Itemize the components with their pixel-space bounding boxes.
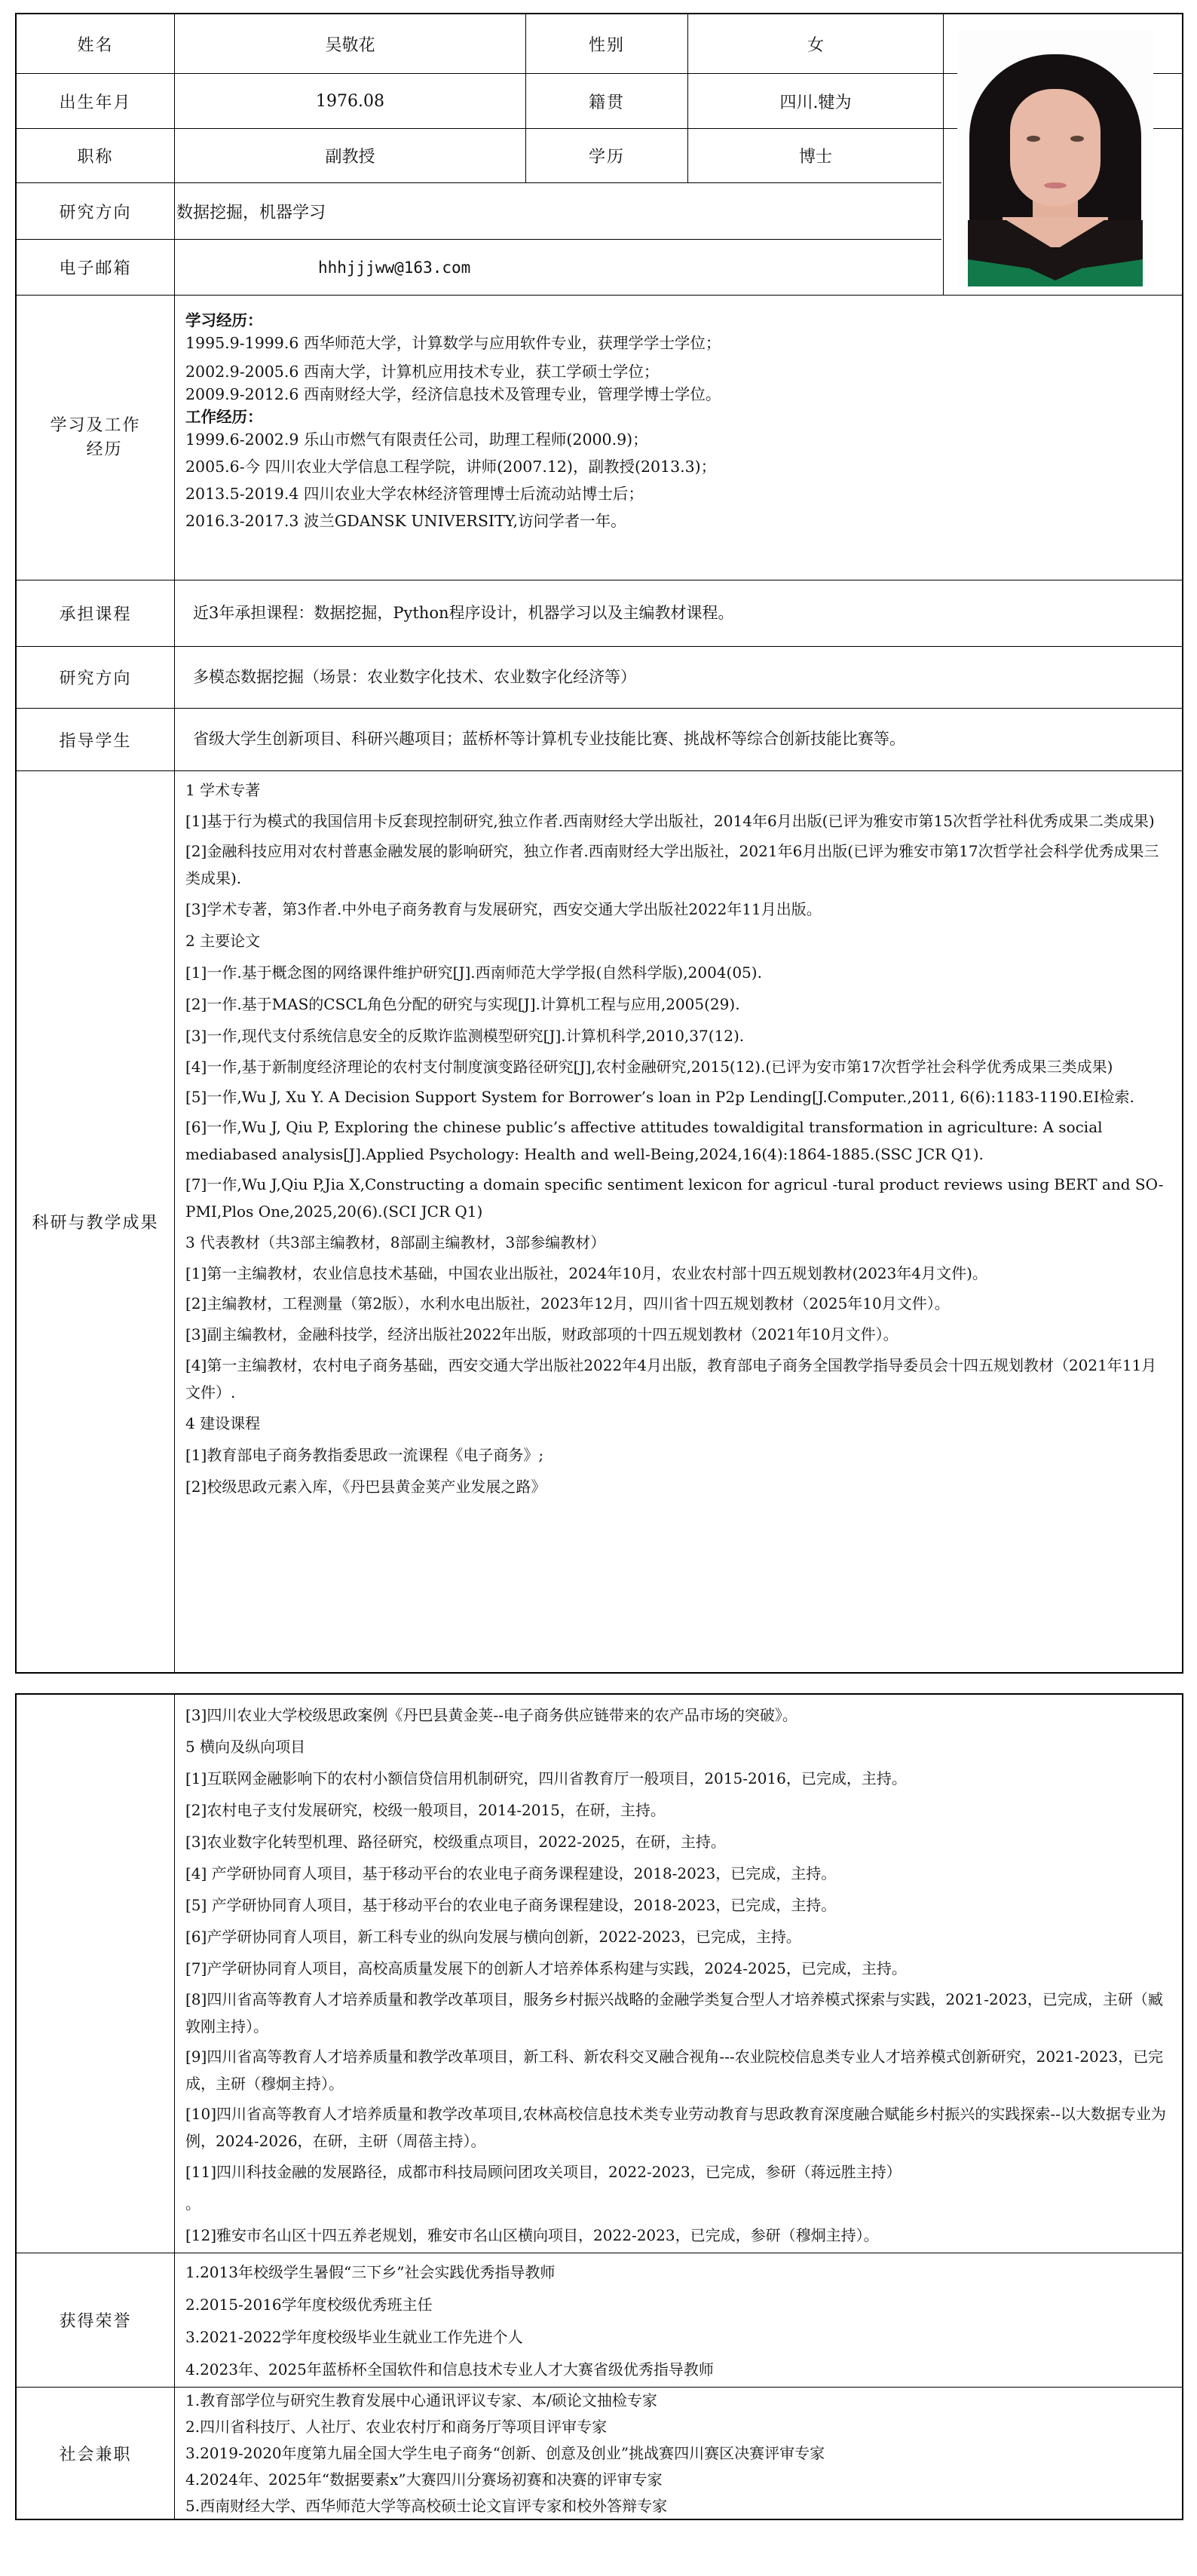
name-value: 吴敬花 (174, 14, 525, 73)
project-item: [8]四川省高等教育人才培养质量和教学改革项目，服务乡村振兴战略的金融学类复合型… (185, 1984, 1171, 2042)
work-item: 2013.5-2019.4 四川农业大学农林经济管理博士后流动站博士后； (185, 482, 721, 505)
work-heading: 工作经历： (185, 406, 721, 428)
project-item: [12]雅安市名山区十四五养老规划，雅安市名山区横向项目，2022-2023，已… (185, 2219, 1171, 2251)
honor-item: 4.2023年、2025年蓝桥杯全国软件和信息技术专业人才大赛省级优秀指导教师 (185, 2354, 714, 2386)
degree-label: 学历 (525, 129, 687, 182)
social-role-item: 1.教育部学位与研究生教育发展中心通讯评议专家、本/硕论文抽检专家 (185, 2388, 825, 2414)
project-item: [4] 产学研协同育人项目，基于移动平台的农业电子商务课程建设，2018-202… (185, 1858, 1171, 1889)
courses-label: 承担课程 (17, 580, 174, 646)
monograph-item: [3]学术专著，第3作者.中外电子商务教育与发展研究，西安交通大学出版社2022… (185, 893, 1171, 925)
origin-label: 籍贯 (525, 74, 687, 128)
project-item: [7]产学研协同育人项目，高校高质量发展下的创新人才培养体系构建与实践，2024… (185, 1953, 1171, 1984)
study-heading: 学习经历： (185, 309, 721, 332)
row-research: 研究方向 数据挖掘，机器学习 (17, 182, 941, 239)
monograph-item: [1]基于行为模式的我国信用卡反套现控制研究,独立作者.西南财经大学出版社，20… (185, 806, 1171, 836)
project-item: [5] 产学研协同育人项目，基于移动平台的农业电子商务课程建设，2018-202… (185, 1889, 1171, 1921)
row-supervision: 指导学生 省级大学生创新项目、科研兴趣项目；蓝桥杯等计算机专业技能比赛、挑战杯等… (17, 708, 1182, 770)
work-item: 1999.6-2002.9 乐山市燃气有限责任公司，助理工程师(2000.9)； (185, 428, 721, 451)
gender-label: 性别 (525, 14, 687, 73)
title-label: 职称 (17, 129, 174, 182)
origin-value: 四川.犍为 (687, 74, 943, 128)
textbook-item: [4]第一主编教材，农村电子商务基础，西安交通大学出版社2022年4月出版，教育… (185, 1350, 1171, 1407)
photo-face (1010, 89, 1101, 207)
paper-item: [4]一作,基于新制度经济理论的农村支付制度演变路径研究[J],农村金融研究,2… (185, 1052, 1171, 1082)
monographs-heading: 1 学术专著 (185, 774, 1171, 806)
honor-item: 1.2013年校级学生暑假“三下乡”社会实践优秀指导教师 (185, 2256, 714, 2289)
gender-value: 女 (687, 14, 943, 73)
research-value: 数据挖掘，机器学习 (174, 183, 941, 239)
birth-value: 1976.08 (174, 74, 525, 128)
research-label: 研究方向 (17, 183, 174, 239)
photo-cell (943, 14, 944, 295)
birth-label: 出生年月 (17, 74, 174, 128)
courses-text: 近3年承担课程：数据挖掘，Python程序设计，机器学习以及主编教材课程。 (174, 580, 1182, 646)
experience-label-line1: 学习及工作 (50, 414, 140, 438)
experience-label-line2: 经历 (68, 438, 122, 462)
study-item: 2002.9-2005.6 西南大学，计算机应用技术专业，获工学硕士学位； (185, 360, 721, 383)
paper-item: [6]一作,Wu J, Qiu P, Exploring the chinese… (185, 1112, 1171, 1169)
row-honors: 获得荣誉 1.2013年校级学生暑假“三下乡”社会实践优秀指导教师 2.2015… (17, 2253, 1182, 2387)
monograph-item: [2]金融科技应用对农村普惠金融发展的影响研究，独立作者.西南财经大学出版社，2… (185, 836, 1171, 893)
paper-item: [1]一作.基于概念图的网络课件维护研究[J].西南师范大学学报(自然科学版),… (185, 957, 1171, 988)
study-item: 2009.9-2012.6 西南财经大学，经济信息技术及管理专业，管理学博士学位… (185, 383, 721, 406)
research-direction-label: 研究方向 (17, 647, 174, 708)
paper-item: [7]一作,Wu J,Qiu P,Jia X,Constructing a do… (185, 1169, 1171, 1227)
textbook-item: [1]第一主编教材，农业信息技术基础，中国农业出版社，2024年10月，农业农村… (185, 1258, 1171, 1288)
project-item: [9]四川省高等教育人才培养质量和教学改革项目，新工科、新农科交叉融合视角---… (185, 2042, 1171, 2099)
paper-item: [3]一作,现代支付系统信息安全的反欺诈监测模型研究[J].计算机科学,2010… (185, 1020, 1171, 1052)
portrait-photo (957, 30, 1153, 286)
honors-label: 获得荣誉 (17, 2253, 174, 2387)
email-label: 电子邮箱 (17, 240, 174, 295)
textbook-item: [3]副主编教材，金融科技学，经济出版社2022年出版，财政部项的十四五规划教材… (185, 1319, 1171, 1350)
name-label: 姓名 (17, 14, 174, 73)
email-value: hhhjjjww@163.com (174, 240, 941, 295)
social-roles-label: 社会兼职 (17, 2388, 174, 2519)
profile-table-continued: [3]四川农业大学校级思政案例《丹巴县黄金荚--电子商务供应链带来的农产品市场的… (15, 1693, 1183, 2520)
project-item: [3]农业数字化转型机理、路径研究，校级重点项目，2022-2025，在研，主持… (185, 1826, 1171, 1858)
project-item: [10]四川省高等教育人才培养质量和教学改革项目,农林高校信息技术类专业劳动教育… (185, 2099, 1171, 2156)
honor-item: 2.2015-2016学年度校级优秀班主任 (185, 2289, 714, 2321)
honor-item: 3.2021-2022学年度校级毕业生就业工作先进个人 (185, 2321, 714, 2354)
title-value: 副教授 (174, 129, 525, 182)
row-email: 电子邮箱 hhhjjjww@163.com (17, 239, 941, 295)
project-item: [6]产学研协同育人项目，新工科专业的纵向发展与横向创新，2022-2023，已… (185, 1921, 1171, 1953)
row-courses: 承担课程 近3年承担课程：数据挖掘，Python程序设计，机器学习以及主编教材课… (17, 580, 1182, 646)
textbooks-heading: 3 代表教材（共3部主编教材，8部副主编教材，3部参编教材） (185, 1227, 1171, 1258)
work-item: 2016.3-2017.3 波兰GDANSK UNIVERSITY,访问学者一年… (185, 510, 721, 532)
projects-heading: 5 横向及纵向项目 (185, 1731, 1171, 1763)
study-item: 1995.9-1999.6 西华师范大学，计算数学与应用软件专业，获理学学士学位… (185, 332, 721, 354)
paper-item: [5]一作,Wu J, Xu Y. A Decision Support Sys… (185, 1082, 1171, 1112)
paper-item: [2]一作.基于MAS的CSCL角色分配的研究与实现[J].计算机工程与应用,2… (185, 988, 1171, 1020)
built-course-item: [2]校级思政元素入库，《丹巴县黄金荚产业发展之路》 (185, 1471, 1171, 1502)
built-course-item: [1]教育部电子商务教指委思政一流课程《电子商务》; (185, 1439, 1171, 1471)
project-item: [2]农村电子支付发展研究，校级一般项目，2014-2015，在研，主持。 (185, 1794, 1171, 1826)
research-direction-text: 多模态数据挖掘（场景：农业数字化技术、农业数字化经济等） (174, 647, 1182, 708)
row-experience: 学习及工作 经历 学习经历： 1995.9-1999.6 西华师范大学，计算数学… (17, 295, 1182, 580)
supervision-label: 指导学生 (17, 709, 174, 770)
achievements-label: 科研与教学成果 (17, 771, 174, 1672)
achievements-label-empty (17, 1695, 174, 2253)
textbook-item: [2]主编教材，工程测量（第2版），水利水电出版社，2023年12月，四川省十四… (185, 1288, 1171, 1319)
project-item-continuation: 。 (185, 2188, 1171, 2219)
papers-heading: 2 主要论文 (185, 925, 1171, 957)
row-achievements-continued: [3]四川农业大学校级思政案例《丹巴县黄金荚--电子商务供应链带来的农产品市场的… (17, 1695, 1182, 2253)
work-item: 2005.6-今 四川农业大学信息工程学院，讲师(2007.12)，副教授(20… (185, 455, 721, 478)
row-research-direction: 研究方向 多模态数据挖掘（场景：农业数字化技术、农业数字化经济等） (17, 646, 1182, 708)
built-courses-heading: 4 建设课程 (185, 1407, 1171, 1439)
project-item: [1]互联网金融影响下的农村小额信贷信用机制研究，四川省教育厅一般项目，2015… (185, 1763, 1171, 1794)
social-role-item: 3.2019-2020年度第九届全国大学生电子商务“创新、创意及创业”挑战赛四川… (185, 2440, 825, 2467)
supervision-text: 省级大学生创新项目、科研兴趣项目；蓝桥杯等计算机专业技能比赛、挑战杯等综合创新技… (174, 709, 1182, 770)
built-course-item: [3]四川农业大学校级思政案例《丹巴县黄金荚--电子商务供应链带来的农产品市场的… (185, 1699, 1171, 1731)
social-role-item: 2.四川省科技厅、人社厅、农业农村厅和商务厅等项目评审专家 (185, 2414, 825, 2440)
degree-value: 博士 (687, 129, 943, 182)
social-role-item: 4.2024年、2025年“数据要素x”大赛四川分赛场初赛和决赛的评审专家 (185, 2467, 825, 2493)
row-social-roles: 社会兼职 1.教育部学位与研究生教育发展中心通讯评议专家、本/硕论文抽检专家 2… (17, 2387, 1182, 2519)
row-achievements: 科研与教学成果 1 学术专著 [1]基于行为模式的我国信用卡反套现控制研究,独立… (17, 770, 1182, 1672)
social-role-item: 5.西南财经大学、西华师范大学等高校硕士论文盲评专家和校外答辩专家 (185, 2493, 825, 2519)
project-item: [11]四川科技金融的发展路径，成都市科技局顾问团攻关项目，2022-2023，… (185, 2156, 1171, 2188)
